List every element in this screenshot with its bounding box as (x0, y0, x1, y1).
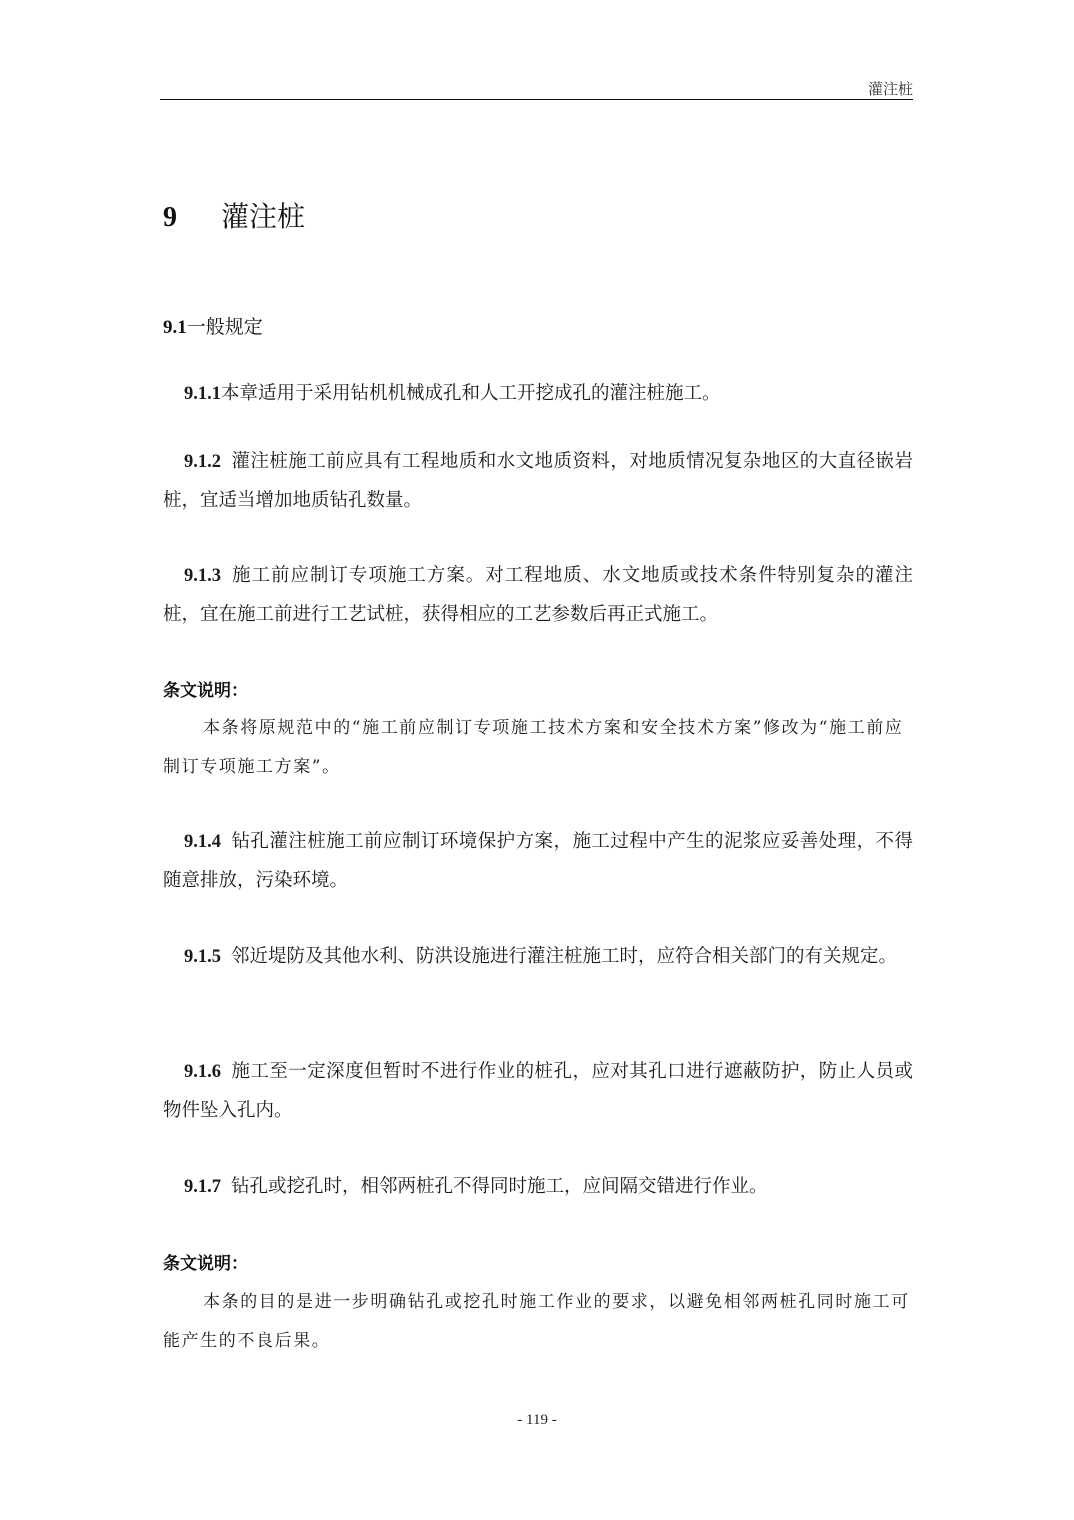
chapter-number: 9 (163, 198, 221, 238)
clause-9-1-6: 9.1.6施工至一定深度但暂时不进行作业的桩孔，应对其孔口进行遮蔽防护，防止人员… (163, 1053, 913, 1131)
clause-number: 9.1.5 (184, 947, 221, 967)
clause-number: 9.1.4 (184, 832, 221, 852)
clause-9-1-2: 9.1.2灌注桩施工前应具有工程地质和水文地质资料，对地质情况复杂地区的大直径嵌… (163, 443, 913, 521)
clause-text: 施工至一定深度但暂时不进行作业的桩孔，应对其孔口进行遮蔽防护，防止人员或物件坠入… (163, 1062, 913, 1121)
document-page: 灌注桩 9灌注桩 9.1一般规定 9.1.1本章适用于采用钻机机械成孔和人工开挖… (0, 0, 1074, 1520)
commentary-label: 条文说明： (163, 1250, 248, 1278)
clause-9-1-4: 9.1.4钻孔灌注桩施工前应制订环境保护方案，施工过程中产生的泥浆应妥善处理，不… (163, 823, 913, 901)
chapter-title: 灌注桩 (221, 202, 305, 233)
section-number: 9.1 (163, 317, 187, 338)
clause-9-1-3: 9.1.3施工前应制订专项施工方案。对工程地质、水文地质或技术条件特别复杂的灌注… (163, 557, 913, 635)
section-title: 一般规定 (187, 317, 263, 338)
clause-number: 9.1.2 (184, 452, 221, 472)
clause-text: 钻孔或挖孔时，相邻两桩孔不得同时施工，应间隔交错进行作业。 (231, 1177, 768, 1197)
clause-number: 9.1.6 (184, 1062, 221, 1082)
commentary-label: 条文说明： (163, 677, 248, 705)
page-number: - 119 - (0, 1412, 1074, 1429)
chapter-heading: 9灌注桩 (163, 198, 305, 238)
clause-9-1-5: 9.1.5邻近堤防及其他水利、防洪设施进行灌注桩施工时，应符合相关部门的有关规定… (163, 938, 913, 977)
header-divider (160, 99, 913, 100)
commentary-text: 本条将原规范中的“施工前应制订专项施工技术方案和安全技术方案”修改为“施工前应制… (163, 709, 913, 787)
clause-text: 钻孔灌注桩施工前应制订环境保护方案，施工过程中产生的泥浆应妥善处理，不得随意排放… (163, 832, 913, 891)
clause-number: 9.1.3 (184, 566, 221, 586)
clause-number: 9.1.1 (184, 384, 221, 404)
clause-9-1-7: 9.1.7钻孔或挖孔时，相邻两桩孔不得同时施工，应间隔交错进行作业。 (163, 1168, 913, 1207)
clause-9-1-1: 9.1.1本章适用于采用钻机机械成孔和人工开挖成孔的灌注桩施工。 (163, 375, 913, 414)
commentary-text: 本条的目的是进一步明确钻孔或挖孔时施工作业的要求，以避免相邻两桩孔同时施工可能产… (163, 1283, 913, 1361)
clause-text: 本章适用于采用钻机机械成孔和人工开挖成孔的灌注桩施工。 (221, 384, 721, 404)
section-heading: 9.1一般规定 (163, 314, 263, 342)
running-header: 灌注桩 (160, 78, 913, 99)
clause-text: 灌注桩施工前应具有工程地质和水文地质资料，对地质情况复杂地区的大直径嵌岩桩，宜适… (163, 452, 913, 511)
clause-number: 9.1.7 (184, 1177, 221, 1197)
clause-text: 施工前应制订专项施工方案。对工程地质、水文地质或技术条件特别复杂的灌注桩，宜在施… (163, 566, 913, 625)
clause-text: 邻近堤防及其他水利、防洪设施进行灌注桩施工时，应符合相关部门的有关规定。 (231, 947, 897, 967)
